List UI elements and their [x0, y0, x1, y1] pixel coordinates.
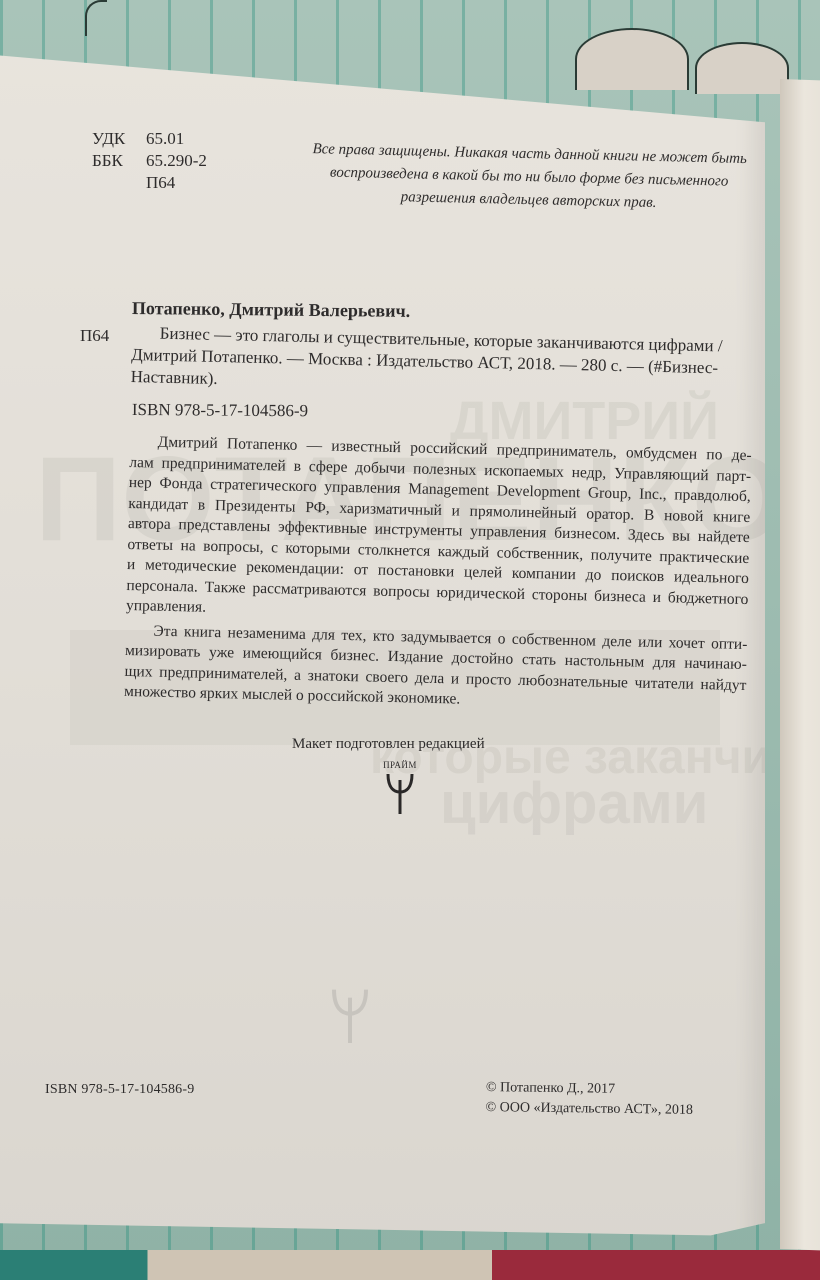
copyright-block: © Потапенко Д., 2017 © ООО «Издательство… — [485, 1078, 693, 1121]
publisher-logo-label: ПРАЙМ — [375, 760, 425, 770]
fabric-scallop — [575, 28, 689, 90]
author-mark: П64 — [80, 326, 109, 346]
classification-key: ББК — [92, 150, 146, 172]
fabric-scallop — [695, 42, 789, 94]
annotation-paragraph-1: Дмитрий Потапенко — известный российский… — [126, 432, 752, 631]
bibliographic-description: Бизнес — это глаголы и существительные, … — [131, 322, 752, 402]
facing-page-edge — [780, 79, 820, 1251]
isbn-top: ISBN 978-5-17-104586-9 — [132, 400, 308, 421]
copyright-line: © ООО «Издательство АСТ», 2018 — [485, 1098, 693, 1121]
classification-row-udk: УДК 65.01 — [92, 128, 207, 150]
classification-key — [92, 172, 146, 194]
show-through-text: цифрами — [440, 770, 708, 837]
prepared-by-note: Макет подготовлен редакцией — [292, 736, 485, 753]
classification-value: П64 — [146, 172, 175, 194]
publisher-logo: ПРАЙМ — [375, 760, 425, 814]
classification-codes: УДК 65.01 ББК 65.290-2 П64 — [92, 128, 207, 194]
classification-key: УДК — [92, 128, 146, 150]
classification-value: 65.01 — [146, 128, 184, 150]
isbn-bottom: ISBN 978-5-17-104586-9 — [45, 1082, 194, 1098]
psi-trident-icon — [385, 772, 415, 814]
annotation: Дмитрий Потапенко — известный российский… — [124, 432, 752, 717]
fabric-bottom-strip — [0, 1250, 820, 1280]
show-through-logo — [330, 985, 380, 1050]
rights-notice: Все права защищены. Никакая часть данной… — [303, 138, 754, 217]
author-heading: Потапенко, Дмитрий Валерьевич. — [132, 298, 411, 322]
classification-row-author-mark: П64 — [92, 172, 207, 194]
classification-row-bbk: ББК 65.290-2 — [92, 150, 207, 172]
psi-trident-icon — [330, 985, 370, 1045]
annotation-paragraph-2: Эта книга незаменима для тех, кто задумы… — [124, 620, 748, 716]
fabric-pattern-stroke — [85, 0, 107, 36]
classification-value: 65.290-2 — [146, 150, 207, 172]
